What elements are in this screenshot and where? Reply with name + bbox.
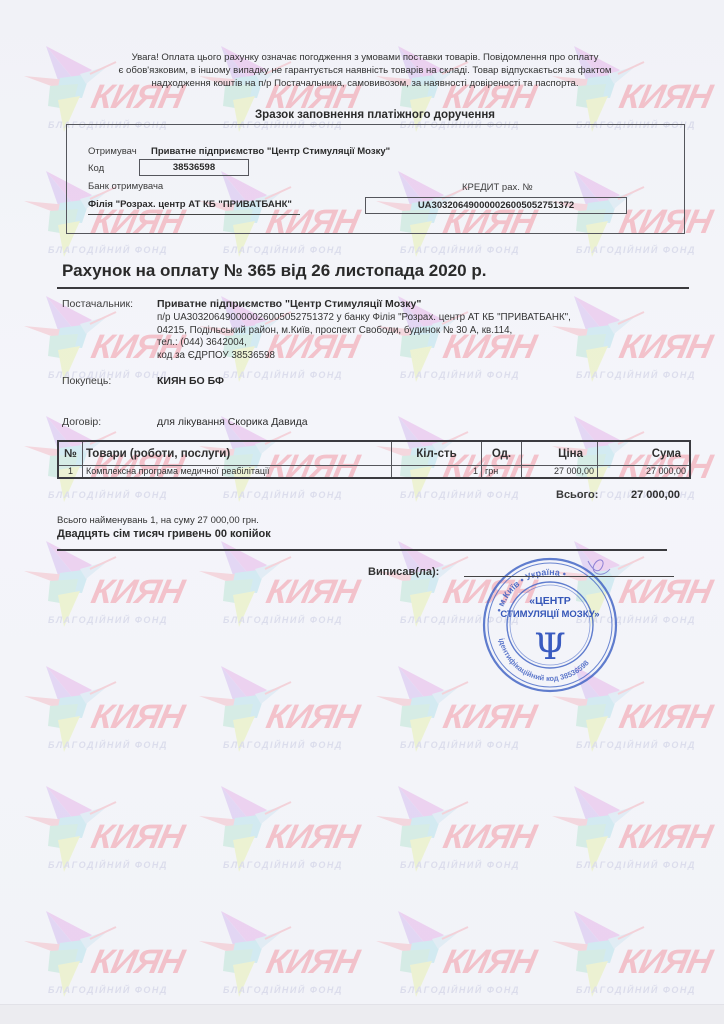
stamp-line-2: СТИМУЛЯЦІЇ МОЗКУ»: [480, 609, 620, 620]
code-label: Код: [88, 163, 104, 174]
amount-in-words: Двадцять сім тисяч гривень 00 копійок: [57, 528, 271, 540]
header-qty: Кіл-сть: [392, 441, 482, 466]
notice-line: надходження коштів на п/р Постачальника,…: [80, 77, 650, 90]
recipient-label: Отримувач: [88, 146, 137, 157]
payment-sample-title: Зразок заповнення платіжного доручення: [66, 109, 684, 121]
buyer-value: КИЯН БО БФ: [157, 375, 224, 387]
payment-sample-box: Отримувач Приватне підприємство "Центр С…: [66, 124, 685, 234]
document-page: КИЯНБЛАГОДІЙНИЙ ФОНДКИЯНБЛАГОДІЙНИЙ ФОНД…: [0, 0, 724, 1024]
row-qty: 1: [392, 466, 482, 479]
header-unit: Од.: [482, 441, 522, 466]
bank-value: Філія "Розрах. центр АТ КБ "ПРИВАТБАНК": [88, 199, 292, 210]
contract-value: для лікування Скорика Давида: [157, 416, 308, 428]
header-num: №: [58, 441, 83, 466]
supplier-bank-line: п/р UA303206490000026005052751372 у банк…: [157, 312, 571, 325]
notice-line: є обов'язковим, в іншому випадку не гара…: [80, 64, 650, 77]
psi-symbol-icon: Ψ: [480, 627, 620, 668]
header-price: Ціна: [522, 441, 598, 466]
header-goods: Товари (роботи, послуги): [83, 441, 392, 466]
supplier-phone-line: тел.: (044) 3642004,: [157, 337, 571, 350]
header-sum: Сума: [598, 441, 691, 466]
bank-underline: [88, 214, 300, 215]
invoice-content: Увага! Оплата цього рахунку означає пого…: [0, 0, 724, 1024]
supplier-details: п/р UA303206490000026005052751372 у банк…: [157, 312, 571, 362]
row-num: 1: [58, 466, 83, 479]
row-sum: 27 000,00: [598, 466, 691, 479]
table-row: 1 Комплексна програма медичної реабіліта…: [58, 466, 690, 479]
contract-label: Договір:: [62, 416, 101, 428]
total-label: Всього:: [556, 489, 598, 501]
bottom-rule: [57, 549, 667, 551]
code-value: 38536598: [139, 159, 249, 176]
row-name: Комплексна програма медичної реабілітаці…: [83, 466, 392, 479]
signature-line: [464, 576, 674, 577]
supplier-edrpou-line: код за ЄДРПОУ 38536598: [157, 350, 571, 363]
stamp-line-1: «ЦЕНТР: [480, 595, 620, 607]
table-header-row: № Товари (роботи, послуги) Кіл-сть Од. Ц…: [58, 441, 690, 466]
supplier-address-line: 04215, Подільський район, м.Київ, проспе…: [157, 325, 571, 338]
row-unit: грн: [482, 466, 522, 479]
total-value: 27 000,00: [631, 489, 680, 501]
invoice-title: Рахунок на оплату № 365 від 26 листопада…: [62, 261, 486, 281]
signed-by-label: Виписав(ла):: [368, 566, 439, 578]
row-price: 27 000,00: [522, 466, 598, 479]
items-table: № Товари (роботи, послуги) Кіл-сть Од. Ц…: [57, 440, 691, 479]
buyer-label: Покупець:: [62, 375, 111, 387]
page-edge: [0, 1004, 724, 1024]
credit-label: КРЕДИТ рах. №: [462, 182, 533, 193]
recipient-value: Приватне підприємство "Центр Стимуляції …: [151, 146, 390, 157]
bank-label: Банк отримувача: [88, 181, 163, 192]
notice-line: Увага! Оплата цього рахунку означає пого…: [80, 51, 650, 64]
payment-notice: Увага! Оплата цього рахунку означає пого…: [80, 51, 650, 90]
title-rule: [57, 287, 689, 289]
supplier-name: Приватне підприємство "Центр Стимуляції …: [157, 298, 421, 310]
supplier-label: Постачальник:: [62, 298, 133, 310]
credit-account-value: UA303206490000026005052751372: [365, 197, 627, 214]
items-count-line: Всього найменувань 1, на суму 27 000,00 …: [57, 515, 259, 526]
